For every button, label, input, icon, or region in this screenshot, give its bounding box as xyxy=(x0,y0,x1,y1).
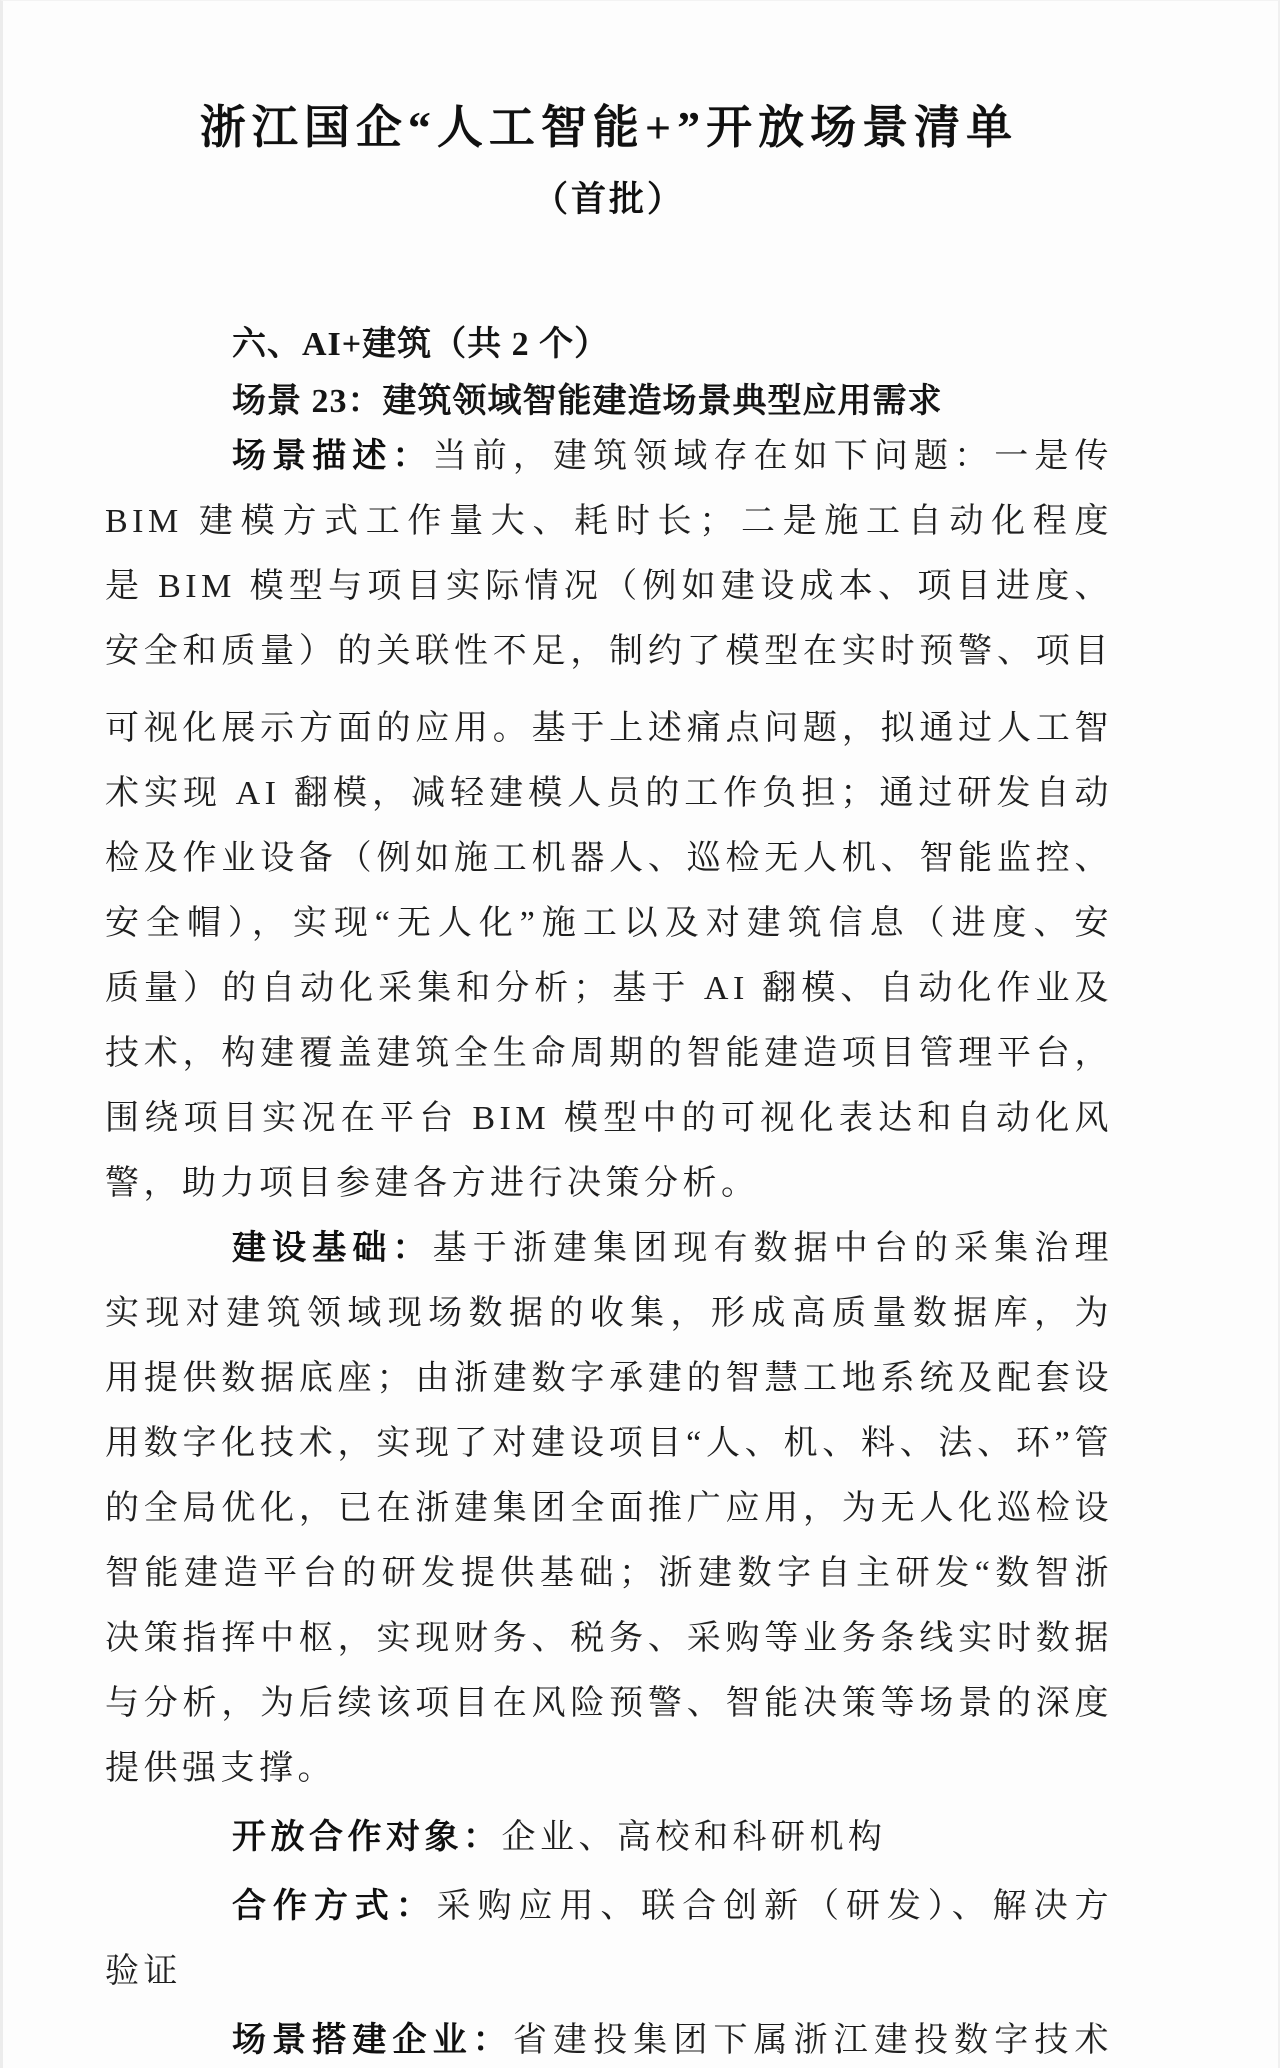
text-line: 提供强支撑。 xyxy=(105,1736,1113,1801)
field-label: 开放合作对象： xyxy=(232,1819,502,1856)
document-body: 场景描述：当前，建筑领域存在如下问题：一是传统手工的BIM 建模方式工作量大、耗… xyxy=(105,424,1113,2068)
field-label: 场景搭建企业： xyxy=(232,2022,513,2059)
scene-heading: 场景 23：建筑领域智能建造场景典型应用需求 xyxy=(105,376,1113,428)
text-line: 验证 xyxy=(105,1939,1113,2004)
text-line: 安全和质量）的关联性不足，制约了模型在实时预警、项目实况 xyxy=(105,619,1113,684)
text-line: 检及作业设备（例如施工机器人、巡检无人机、智能监控、智能 xyxy=(105,826,1113,891)
text-line: 场景描述：当前，建筑领域存在如下问题：一是传统手工的 xyxy=(105,424,1113,489)
text-line: 是 BIM 模型与项目实际情况（例如建设成本、项目进度、建设 xyxy=(105,554,1113,619)
document-page: 浙江国企“人工智能+”开放场景清单 （首批） 六、AI+建筑（共 2 个） 场景… xyxy=(0,0,1280,2068)
document-content: 浙江国企“人工智能+”开放场景清单 （首批） 六、AI+建筑（共 2 个） 场景… xyxy=(3,99,1278,2068)
text-line: 质量）的自动化采集和分析；基于 AI 翻模、自动化作业及巡检 xyxy=(105,956,1113,1021)
text-line: 用数字化技术，实现了对建设项目“人、机、料、法、环”管理 xyxy=(105,1411,1113,1476)
text-line: 决策指挥中枢，实现财务、税务、采购等业务条线实时数据监控 xyxy=(105,1606,1113,1671)
text-line: 开放合作对象：企业、高校和科研机构 xyxy=(105,1805,1113,1870)
text-line: 建设基础：基于浙建集团现有数据中台的采集治理能力，已 xyxy=(105,1216,1113,1281)
text-line: 实现对建筑领域现场数据的收集，形成高质量数据库，为 AI 应 xyxy=(105,1281,1113,1346)
text-line: 与分析，为后续该项目在风险预警、智能决策等场景的深度应用 xyxy=(105,1671,1113,1736)
section-heading: 六、AI+建筑（共 2 个） xyxy=(105,314,1113,376)
text-line: 围绕项目实况在平台 BIM 模型中的可视化表达和自动化风险预 xyxy=(105,1086,1113,1151)
field-label: 场景描述： xyxy=(232,438,433,475)
text-line: 合作方式：采购应用、联合创新（研发）、解决方案、场景 xyxy=(105,1874,1113,1939)
text-line: BIM 建模方式工作量大、耗时长；二是施工自动化程度低；三 xyxy=(105,489,1113,554)
text-line: 智能建造平台的研发提供基础；浙建数字自主研发“数智浙建” xyxy=(105,1541,1113,1606)
text-line: 可视化展示方面的应用。基于上述痛点问题，拟通过人工智能技 xyxy=(105,696,1113,761)
document-title: 浙江国企“人工智能+”开放场景清单 xyxy=(105,99,1113,157)
document-subtitle: （首批） xyxy=(105,175,1113,225)
text-line: 场景搭建企业：省建投集团下属浙江建投数字技术有限公司 xyxy=(105,2008,1113,2068)
text-line: 安全帽），实现“无人化”施工以及对建筑信息（进度、安全、 xyxy=(105,891,1113,956)
field-label: 建设基础： xyxy=(232,1230,433,1267)
text-line: 技术，构建覆盖建筑全生命周期的智能建造项目管理平台，重点 xyxy=(105,1021,1113,1086)
text-line: 术实现 AI 翻模，减轻建模人员的工作负担；通过研发自动化巡 xyxy=(105,761,1113,826)
text-line: 用提供数据底座；由浙建数字承建的智慧工地系统及配套设备采 xyxy=(105,1346,1113,1411)
field-label: 合作方式： xyxy=(232,1888,437,1925)
text-line: 警，助力项目参建各方进行决策分析。 xyxy=(105,1151,1113,1216)
text-line: 的全局优化，已在浙建集团全面推广应用，为无人化巡检设备和 xyxy=(105,1476,1113,1541)
